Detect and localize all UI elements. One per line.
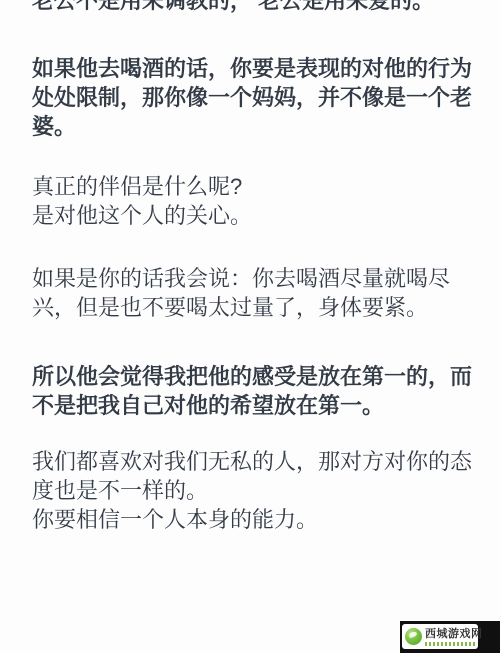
paragraph: 如果是你的话我会说：你去喝酒尽量就喝尽 兴，但是也不要喝太过量了，身体要紧。 [32, 264, 472, 322]
site-url-micro-text [425, 642, 477, 646]
paragraph: 老公不是用来调教的， 老公是用来爱的。 [32, 0, 472, 15]
site-name: 西城游戏网 [425, 628, 483, 641]
text-line: 老公不是用来调教的， 老公是用来爱的。 [32, 0, 472, 15]
article-text: 老公不是用来调教的， 老公是用来爱的。 如果他去喝酒的话，你要是表现的对他的行为… [0, 0, 500, 534]
paragraph: 真正的伴侣是什么呢? 是对他这个人的关心。 [32, 172, 472, 230]
paragraph: 所以他会觉得我把他的感受是放在第一的，而 不是把我自己对他的希望放在第一。 [32, 362, 472, 420]
document-page: 老公不是用来调教的， 老公是用来爱的。 如果他去喝酒的话，你要是表现的对他的行为… [0, 0, 500, 653]
text-line: 你要相信一个人本身的能力。 [32, 505, 472, 534]
text-line: 我们都喜欢对我们无私的人，那对方对你的态 [32, 447, 472, 476]
site-logo-icon [405, 628, 422, 645]
text-line: 如果他去喝酒的话，你要是表现的对他的行为 [32, 54, 472, 83]
text-line: 如果是你的话我会说：你去喝酒尽量就喝尽 [32, 264, 472, 293]
text-line: 是对他这个人的关心。 [32, 201, 472, 230]
text-line: 所以他会觉得我把他的感受是放在第一的，而 [32, 362, 472, 391]
text-line: 婆。 [32, 112, 472, 141]
watermark-backdrop: 西城游戏网 [400, 621, 500, 653]
text-line: 度也是不一样的。 [32, 476, 472, 505]
text-line: 处处限制，那你像一个妈妈，并不像是一个老 [32, 83, 472, 112]
text-line: 兴，但是也不要喝太过量了，身体要紧。 [32, 293, 472, 322]
paragraph: 如果他去喝酒的话，你要是表现的对他的行为 处处限制，那你像一个妈妈，并不像是一个… [32, 54, 472, 141]
paragraph: 我们都喜欢对我们无私的人，那对方对你的态 度也是不一样的。 你要相信一个人本身的… [32, 447, 472, 534]
text-line: 不是把我自己对他的希望放在第一。 [32, 391, 472, 420]
site-badge-text: 西城游戏网 [425, 628, 483, 646]
site-badge: 西城游戏网 [402, 624, 478, 649]
text-line: 真正的伴侣是什么呢? [32, 172, 472, 201]
